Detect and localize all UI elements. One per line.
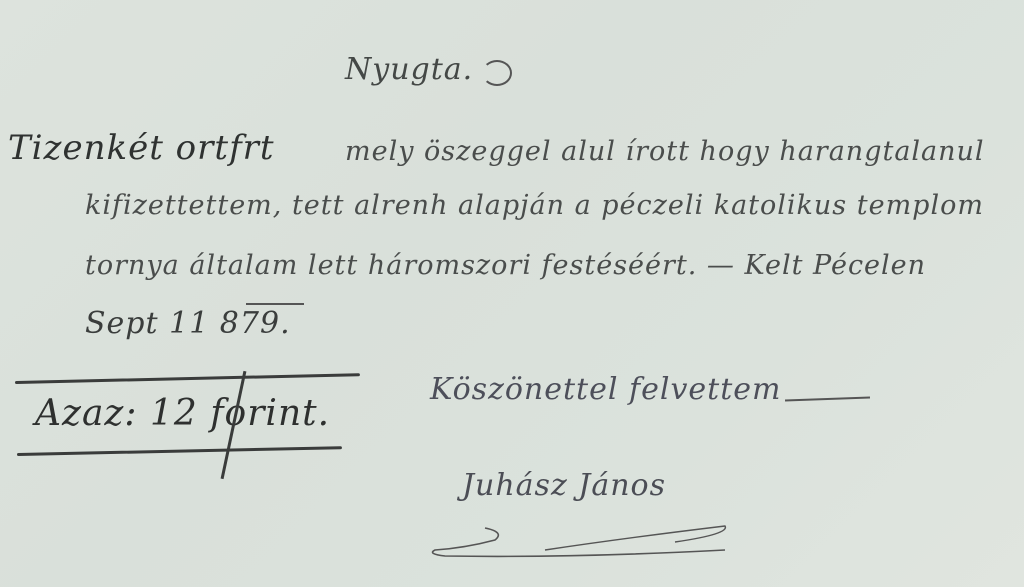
body-line-3: tornya általam lett háromszori festéséér…	[85, 250, 926, 281]
year-overline	[246, 303, 304, 305]
amount-rule-bottom	[17, 446, 342, 456]
title-flourish	[482, 60, 512, 86]
received-tail-stroke	[785, 397, 870, 402]
amount-text: Azaz: 12 forint.	[35, 393, 330, 434]
receipt-title: Nyugta.	[345, 52, 473, 87]
received-text: Köszönettel felvettem	[430, 372, 781, 407]
date-line: Sept 11 879.	[85, 306, 291, 341]
amount-rule-top	[15, 373, 360, 384]
body-line-2: kifizettettem, tett alrenh alapján a péc…	[85, 190, 984, 221]
signature-flourish	[425, 520, 735, 560]
body-line-1-continued: mely öszeggel alul írott hogy harangtala…	[345, 136, 985, 167]
body-line-1: Tizenkét ortfrt	[8, 128, 275, 168]
signature: Juhász János	[462, 468, 666, 503]
receipt-page: Nyugta. Tizenkét ortfrt mely öszeggel al…	[0, 0, 1024, 587]
